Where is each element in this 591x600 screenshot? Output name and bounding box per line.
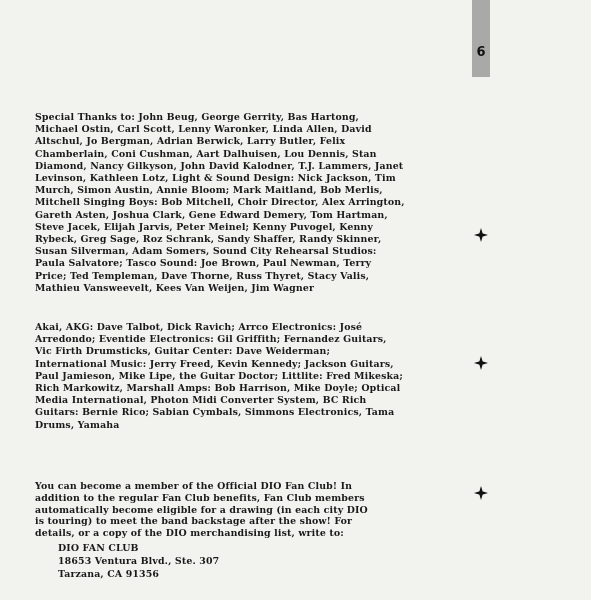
- sponsors-text: Akai, AKG: Dave Talbot, Dick Ravich; Arr…: [35, 322, 405, 432]
- page-number-tab: 6: [472, 0, 490, 77]
- fan-club-section: You can become a member of the Official …: [35, 481, 380, 581]
- special-thanks-text: Special Thanks to: John Beug, George Ger…: [35, 112, 405, 295]
- address-name: DIO FAN CLUB: [58, 542, 380, 555]
- star-icon: [474, 356, 488, 370]
- address-city: Tarzana, CA 91356: [58, 568, 380, 581]
- fan-club-address: DIO FAN CLUB 18653 Ventura Blvd., Ste. 3…: [58, 542, 380, 581]
- special-thanks-section: Special Thanks to: John Beug, George Ger…: [35, 112, 405, 295]
- sponsors-section: Akai, AKG: Dave Talbot, Dick Ravich; Arr…: [35, 322, 405, 432]
- fan-club-text: You can become a member of the Official …: [35, 481, 380, 540]
- address-street: 18653 Ventura Blvd., Ste. 307: [58, 555, 380, 568]
- page-number: 6: [476, 45, 485, 60]
- star-icon: [474, 228, 488, 242]
- star-icon: [474, 486, 488, 500]
